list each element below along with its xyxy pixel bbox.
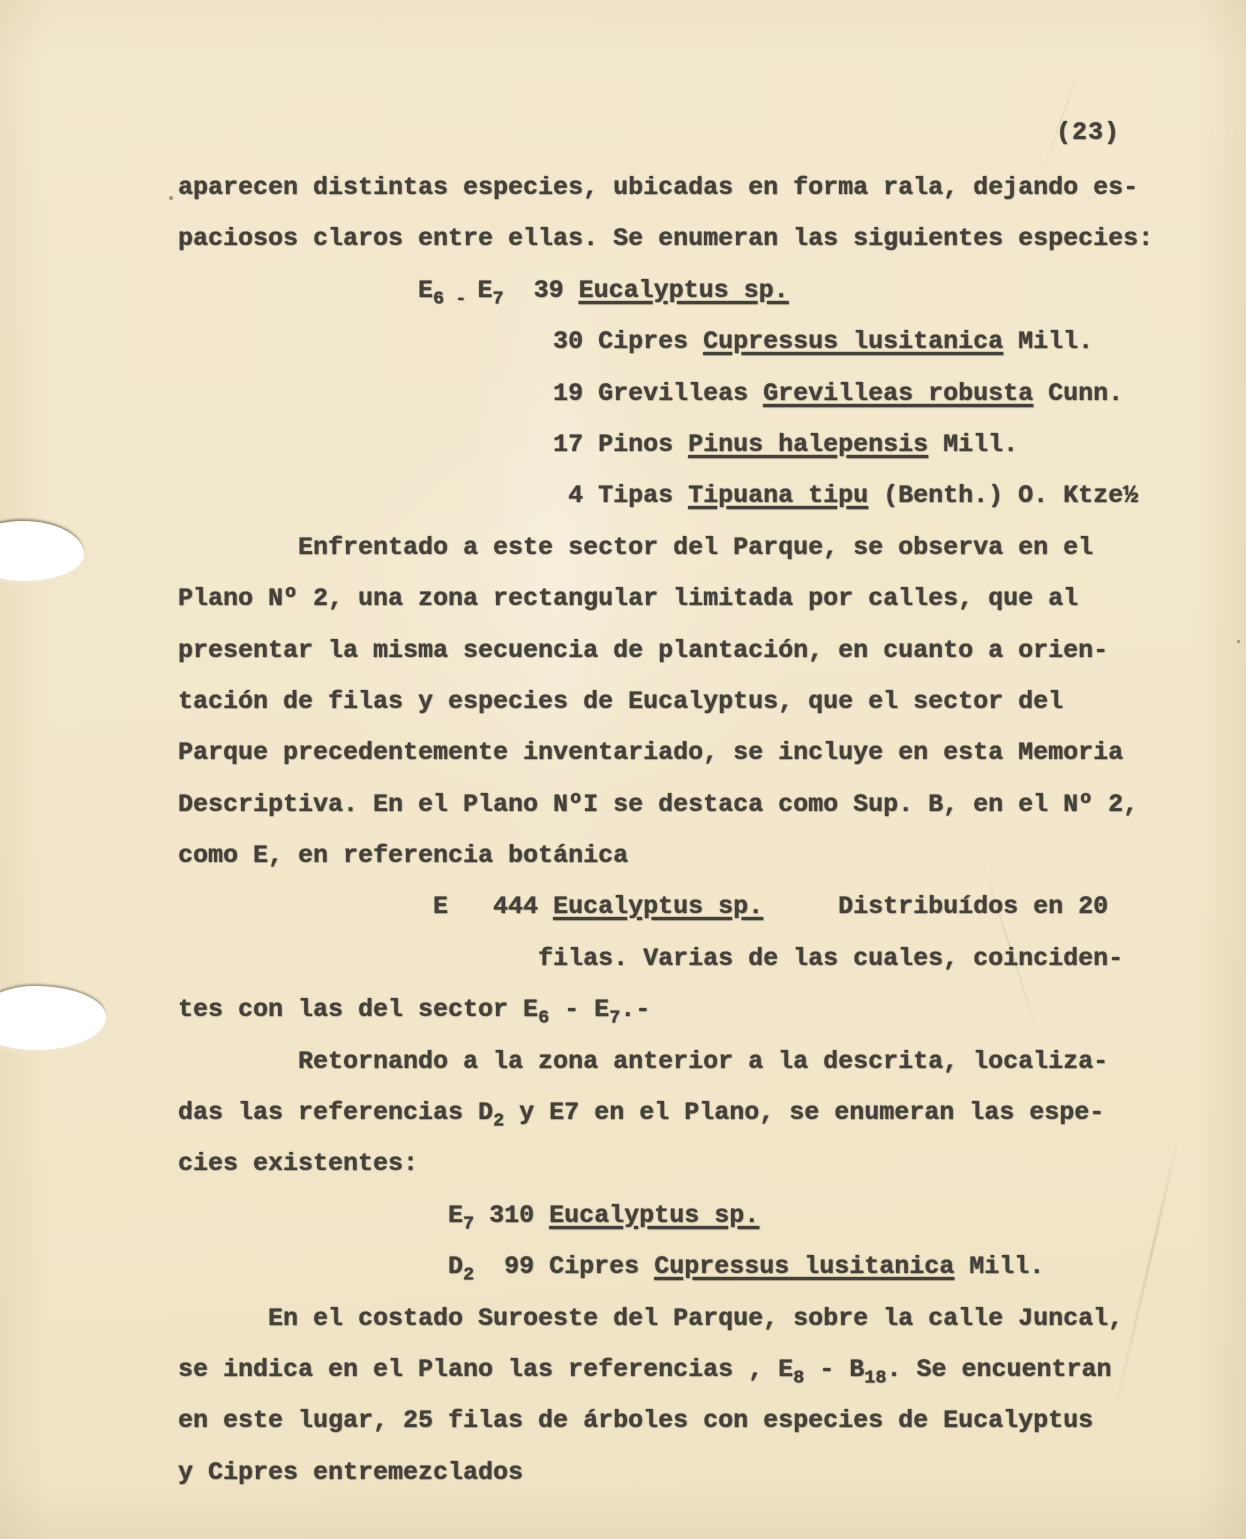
text-segment: Mill. xyxy=(928,430,1018,459)
text-line: tes con las del sector E6 - E7.- xyxy=(178,984,1198,1035)
species-name: Cupressus lusitanica xyxy=(703,327,1003,356)
paper-speck xyxy=(1237,640,1240,643)
text-segment: E xyxy=(178,276,433,305)
paper-speck xyxy=(169,196,173,200)
text-segment: cies existentes: xyxy=(178,1149,418,1178)
typewritten-text: aparecen distintas especies, ubicadas en… xyxy=(178,162,1198,1498)
reference-subscript: 6 - xyxy=(433,288,477,309)
text-line: Plano Nº 2, una zona rectangular limitad… xyxy=(178,573,1198,624)
species-name: Tipuana tipu xyxy=(688,481,868,510)
text-line: filas. Varias de las cuales, coinciden- xyxy=(178,933,1198,984)
text-segment: tación de filas y especies de Eucalyptus… xyxy=(178,687,1063,716)
text-line: Parque precedentemente inventariado, se … xyxy=(178,727,1198,778)
text-segment: .- xyxy=(620,995,650,1024)
text-line: aparecen distintas especies, ubicadas en… xyxy=(178,162,1198,213)
text-segment: se indica en el Plano las referencias , … xyxy=(178,1355,793,1384)
text-segment: en este lugar, 25 filas de árboles con e… xyxy=(178,1406,1093,1435)
text-line: cies existentes: xyxy=(178,1138,1198,1189)
text-segment: 310 xyxy=(474,1201,549,1230)
text-segment: 39 xyxy=(504,276,579,305)
reference-subscript: 2 xyxy=(463,1264,474,1285)
reference-subscript: 2 xyxy=(493,1110,504,1131)
text-segment: Plano Nº 2, una zona rectangular limitad… xyxy=(178,584,1078,613)
text-segment: 4 Tipas xyxy=(178,481,688,510)
text-line: 17 Pinos Pinus halepensis Mill. xyxy=(178,419,1198,470)
species-name: Eucalyptus sp. xyxy=(549,1201,759,1230)
text-segment: 99 Cipres xyxy=(474,1252,654,1281)
text-segment: aparecen distintas especies, ubicadas en… xyxy=(178,173,1138,202)
text-segment: E xyxy=(477,276,492,305)
punch-hole xyxy=(0,986,106,1050)
text-line: 4 Tipas Tipuana tipu (Benth.) O. Ktze½ xyxy=(178,470,1198,521)
text-segment: y E7 en el Plano, se enumeran las espe- xyxy=(504,1098,1104,1127)
species-name: Cupressus lusitanica xyxy=(654,1252,954,1281)
text-segment: En el costado Suroeste del Parque, sobre… xyxy=(178,1304,1123,1333)
text-segment: E xyxy=(178,1201,463,1230)
text-segment: 19 Grevilleas xyxy=(178,379,763,408)
text-line: Descriptiva. En el Plano NºI se destaca … xyxy=(178,779,1198,830)
page-number: (23) xyxy=(1056,118,1120,147)
species-name: Eucalyptus sp. xyxy=(579,276,789,305)
species-name: Grevilleas robusta xyxy=(763,379,1033,408)
text-line: En el costado Suroeste del Parque, sobre… xyxy=(178,1293,1198,1344)
reference-subscript: 7 xyxy=(609,1008,620,1029)
text-segment: Distribuídos en 20 xyxy=(763,892,1108,921)
text-segment: filas. Varias de las cuales, coinciden- xyxy=(178,944,1123,973)
text-segment: 30 Cipres xyxy=(178,327,703,356)
text-segment: - E xyxy=(549,995,609,1024)
reference-subscript: 6 xyxy=(538,1008,549,1029)
text-line: Enfrentado a este sector del Parque, se … xyxy=(178,522,1198,573)
text-line: E 444 Eucalyptus sp. Distribuídos en 20 xyxy=(178,881,1198,932)
species-name: Eucalyptus sp. xyxy=(553,892,763,921)
reference-subscript: 7 xyxy=(492,288,503,309)
text-line: das las referencias D2 y E7 en el Plano,… xyxy=(178,1087,1198,1138)
text-line: E7 310 Eucalyptus sp. xyxy=(178,1190,1198,1241)
text-segment: Parque precedentemente inventariado, se … xyxy=(178,738,1123,767)
text-line: y Cipres entremezclados xyxy=(178,1447,1198,1498)
text-segment: como E, en referencia botánica xyxy=(178,841,628,870)
species-name: Pinus halepensis xyxy=(688,430,928,459)
text-line: Retornando a la zona anterior a la descr… xyxy=(178,1036,1198,1087)
text-line: 19 Grevilleas Grevilleas robusta Cunn. xyxy=(178,368,1198,419)
text-line: 30 Cipres Cupressus lusitanica Mill. xyxy=(178,316,1198,367)
text-line: como E, en referencia botánica xyxy=(178,830,1198,881)
text-segment: D xyxy=(178,1252,463,1281)
text-segment: Descriptiva. En el Plano NºI se destaca … xyxy=(178,790,1138,819)
reference-subscript: 8 xyxy=(793,1367,804,1388)
text-segment: - B xyxy=(804,1355,864,1384)
text-line: D2 99 Cipres Cupressus lusitanica Mill. xyxy=(178,1241,1198,1292)
text-line: en este lugar, 25 filas de árboles con e… xyxy=(178,1395,1198,1446)
reference-subscript: 7 xyxy=(463,1213,474,1234)
text-segment: Mill. xyxy=(1003,327,1093,356)
text-segment: (Benth.) O. Ktze½ xyxy=(868,481,1138,510)
text-segment: paciosos claros entre ellas. Se enumeran… xyxy=(178,224,1153,253)
text-line: presentar la misma secuencia de plantaci… xyxy=(178,625,1198,676)
text-segment: E 444 xyxy=(178,892,553,921)
document-page: (23) aparecen distintas especies, ubicad… xyxy=(0,0,1246,1539)
reference-subscript: 18 xyxy=(864,1367,886,1388)
text-segment: Cunn. xyxy=(1033,379,1123,408)
text-segment: . Se encuentran xyxy=(886,1355,1111,1384)
text-segment: das las referencias D xyxy=(178,1098,493,1127)
text-line: E6 - E7 39 Eucalyptus sp. xyxy=(178,265,1198,316)
text-segment: Mill. xyxy=(954,1252,1044,1281)
text-segment: y Cipres entremezclados xyxy=(178,1458,523,1487)
text-line: tación de filas y especies de Eucalyptus… xyxy=(178,676,1198,727)
text-segment: Enfrentado a este sector del Parque, se … xyxy=(178,533,1093,562)
text-line: paciosos claros entre ellas. Se enumeran… xyxy=(178,213,1198,264)
text-segment: 17 Pinos xyxy=(178,430,688,459)
text-segment: tes con las del sector E xyxy=(178,995,538,1024)
text-line: se indica en el Plano las referencias , … xyxy=(178,1344,1198,1395)
text-segment: presentar la misma secuencia de plantaci… xyxy=(178,636,1108,665)
text-segment: Retornando a la zona anterior a la descr… xyxy=(178,1047,1108,1076)
punch-hole xyxy=(0,521,84,581)
